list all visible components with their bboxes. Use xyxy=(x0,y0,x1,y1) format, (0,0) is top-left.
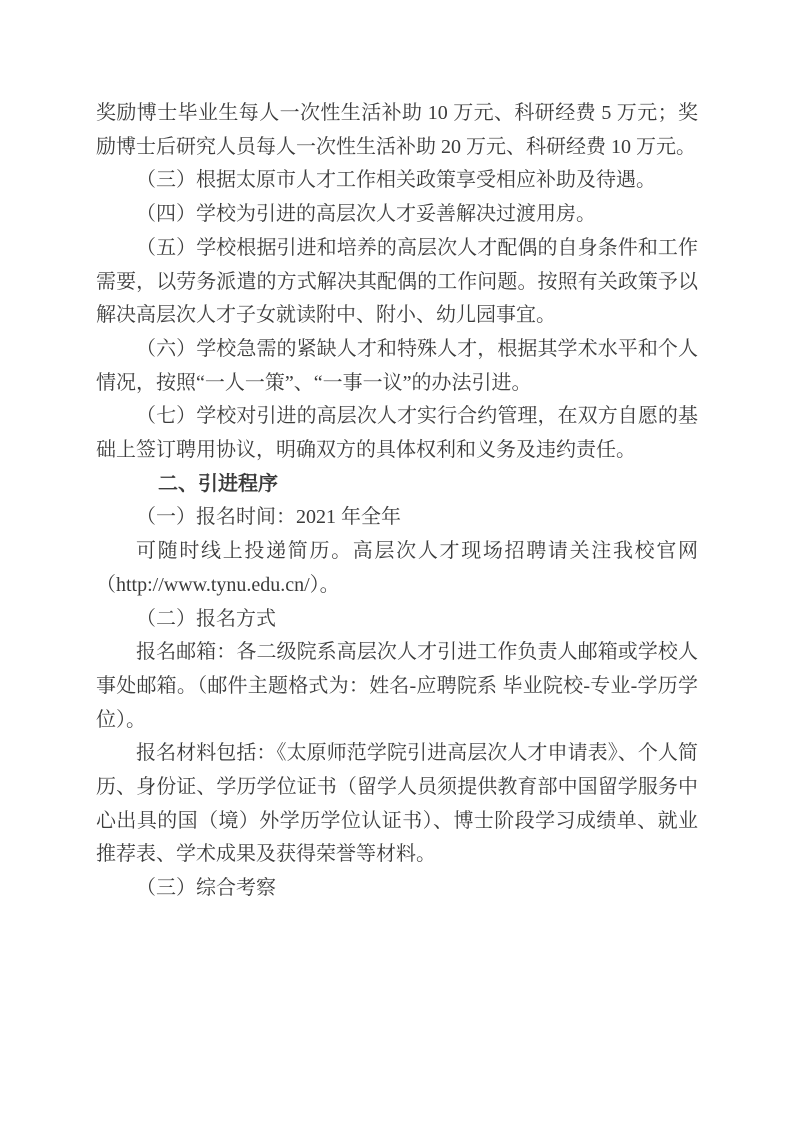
paragraph-online-application: 可随时线上投递简历。高层次人才现场招聘请关注我校官网（http://www.ty… xyxy=(96,535,698,602)
item-1-registration-time: （一）报名时间：2021 年全年 xyxy=(96,501,698,535)
item-2-registration-method: （二）报名方式 xyxy=(96,603,698,637)
item-4-transitional-housing: （四）学校为引进的高层次人才妥善解决过渡用房。 xyxy=(96,198,698,232)
item-5-spouse-employment: （五）学校根据引进和培养的高层次人才配偶的自身条件和工作需要，以劳务派遣的方式解… xyxy=(96,232,698,333)
item-7-contract-management: （七）学校对引进的高层次人才实行合约管理，在双方自愿的基础上签订聘用协议，明确双… xyxy=(96,400,698,467)
document-body: 奖励博士毕业生每人一次性生活补助 10 万元、科研经费 5 万元；奖励博士后研究… xyxy=(96,97,698,906)
paragraph-registration-email: 报名邮箱：各二级院系高层次人才引进工作负责人邮箱或学校人事处邮箱。（邮件主题格式… xyxy=(96,636,698,737)
document-page: 奖励博士毕业生每人一次性生活补助 10 万元、科研经费 5 万元；奖励博士后研究… xyxy=(0,0,794,1123)
item-3-taiyuan-policy: （三）根据太原市人才工作相关政策享受相应补助及待遇。 xyxy=(96,164,698,198)
paragraph-application-materials: 报名材料包括：《太原师范学院引进高层次人才申请表》、个人简历、身份证、学历学位证… xyxy=(96,737,698,872)
section-heading-introduction-procedure: 二、引进程序 xyxy=(96,468,698,502)
paragraph-doctoral-subsidy-continued: 奖励博士毕业生每人一次性生活补助 10 万元、科研经费 5 万元；奖励博士后研究… xyxy=(96,97,698,164)
item-3-comprehensive-inspection: （三）综合考察 xyxy=(96,872,698,906)
item-6-urgent-talent: （六）学校急需的紧缺人才和特殊人才，根据其学术水平和个人情况，按照“一人一策”、… xyxy=(96,333,698,400)
